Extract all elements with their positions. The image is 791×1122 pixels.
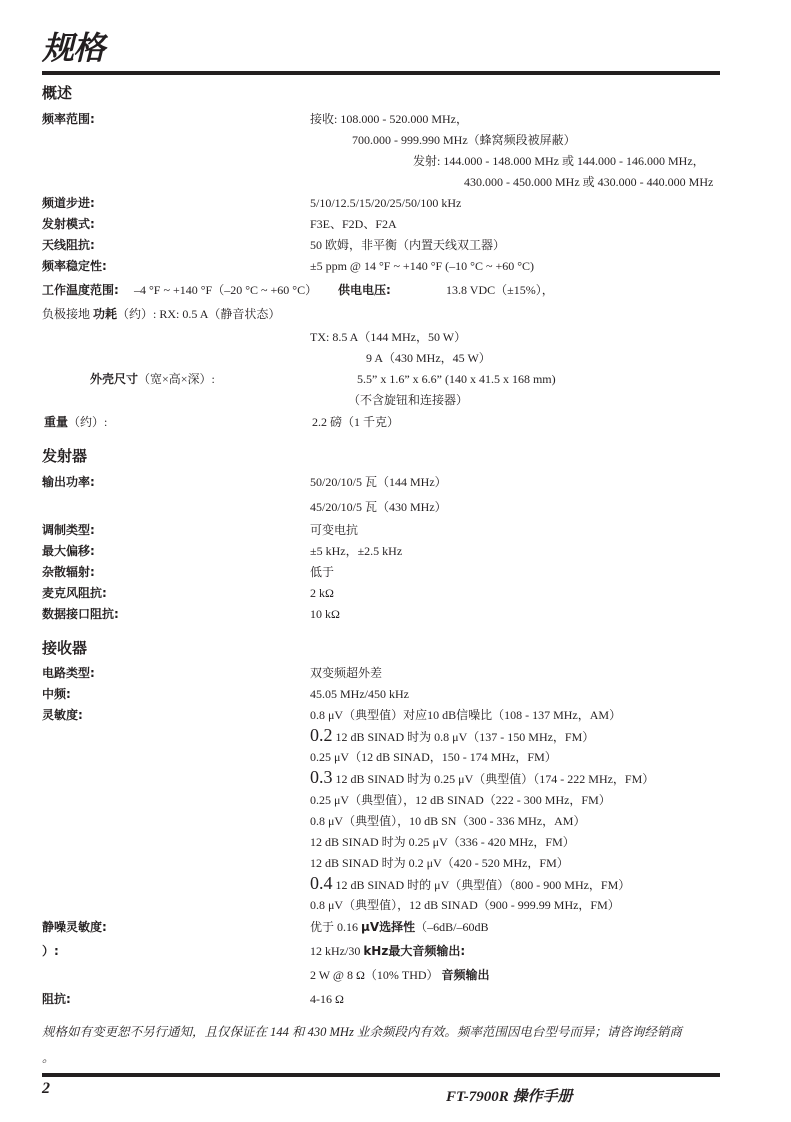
- sensitivity-line: 0.25 μV（12 dB SINAD，150 - 174 MHz，FM）: [310, 749, 557, 765]
- squelch-value: 优于 0.16 μV选择性（–6dB/–60dB: [310, 919, 488, 935]
- audio-output-value: 2 W @ 8 Ω（10% THD） 音频输出: [310, 967, 490, 983]
- sensitivity-line: 0.3 12 dB SINAD 时为 0.25 μV（典型值）（174 - 22…: [310, 769, 654, 787]
- freq-range-label: 频率范围:: [42, 111, 95, 127]
- circuit-type-value: 双变频超外差: [310, 665, 382, 681]
- current-rx-value: （约）: RX: 0.5 A（静音状态）: [117, 307, 280, 321]
- modulation-label: 调制类型:: [42, 522, 95, 538]
- selectivity-label: ）:: [42, 943, 59, 959]
- output-power-430: 45/20/10/5 瓦（430 MHz）: [310, 499, 447, 515]
- section-general-heading: 概述: [42, 83, 72, 103]
- if-value: 45.05 MHz/450 kHz: [310, 686, 409, 702]
- impedance-label: 阻抗:: [42, 991, 71, 1007]
- weight-label-suffix: （约）:: [68, 415, 107, 429]
- emission-label: 发射模式:: [42, 216, 95, 232]
- sensitivity-line: 0.25 μV（典型值），12 dB SINAD（222 - 300 MHz，F…: [310, 792, 611, 808]
- case-size-label-row: 外壳尺寸（宽×高×深）:: [90, 371, 215, 387]
- ground-text: 负极接地: [42, 307, 90, 321]
- case-size-label: 外壳尺寸: [90, 372, 138, 386]
- sensitivity-label: 灵敏度:: [42, 707, 83, 723]
- footnote-line-1: 规格如有变更恕不另行通知，且仅保证在 144 和 430 MHz 业余频段内有效…: [42, 1024, 682, 1040]
- data-impedance-value: 10 kΩ: [310, 606, 340, 622]
- sensitivity-line: 12 dB SINAD 时为 0.25 μV（336 - 420 MHz，FM）: [310, 834, 575, 850]
- weight-label-row: 重量（约）:: [44, 414, 107, 430]
- stability-label: 频率稳定性:: [42, 258, 107, 274]
- section-transmitter-heading: 发射器: [42, 446, 87, 466]
- if-label: 中频:: [42, 686, 71, 702]
- current-tx-value: TX: 8.5 A（144 MHz，50 W）: [310, 329, 466, 345]
- freq-rx-value-2: 700.000 - 999.990 MHz（蜂窝频段被屏蔽）: [352, 132, 576, 148]
- data-impedance-label: 数据接口阻抗:: [42, 606, 119, 622]
- sensitivity-line: 0.8 μV（典型值）对应10 dB信噪比（108 - 137 MHz，AM）: [310, 707, 621, 723]
- spurious-value: 低于: [310, 564, 334, 580]
- deviation-label: 最大偏移:: [42, 543, 95, 559]
- modulation-value: 可变电抗: [310, 522, 358, 538]
- current-row: 负极接地 功耗（约）: RX: 0.5 A（静音状态）: [42, 306, 280, 322]
- section-receiver-heading: 接收器: [42, 638, 87, 658]
- weight-value: 2.2 磅（1 千克）: [312, 414, 399, 430]
- circuit-type-label: 电路类型:: [42, 665, 95, 681]
- step-label: 频道步进:: [42, 195, 95, 211]
- case-size-value: 5.5” x 1.6” x 6.6” (140 x 41.5 x 168 mm): [357, 371, 556, 387]
- top-rule: [42, 71, 720, 75]
- sensitivity-line: 0.8 μV（典型值），12 dB SINAD（900 - 999.99 MHz…: [310, 897, 620, 913]
- output-power-label: 输出功率:: [42, 474, 95, 490]
- footer-title: FT-7900R 操作手册: [446, 1085, 573, 1106]
- sensitivity-line: 0.4 12 dB SINAD 时的 μV（典型值）（800 - 900 MHz…: [310, 875, 630, 893]
- temp-value: –4 °F ~ +140 °F（–20 °C ~ +60 °C）: [134, 282, 317, 298]
- deviation-value: ±5 kHz，±2.5 kHz: [310, 543, 402, 559]
- freq-tx-value-2: 430.000 - 450.000 MHz 或 430.000 - 440.00…: [464, 174, 713, 190]
- current-tx-value-2: 9 A（430 MHz，45 W）: [366, 350, 491, 366]
- mic-impedance-value: 2 kΩ: [310, 585, 334, 601]
- step-value: 5/10/12.5/15/20/25/50/100 kHz: [310, 195, 461, 211]
- spurious-label: 杂散辐射:: [42, 564, 95, 580]
- output-power-144: 50/20/10/5 瓦（144 MHz）: [310, 474, 447, 490]
- weight-label: 重量: [44, 415, 68, 429]
- stability-value: ±5 ppm @ 14 °F ~ +140 °F (–10 °C ~ +60 °…: [310, 258, 534, 274]
- sensitivity-line: 0.2 12 dB SINAD 时为 0.8 μV（137 - 150 MHz，…: [310, 727, 594, 745]
- emission-value: F3E、F2D、F2A: [310, 216, 397, 232]
- freq-rx-value: 接收: 108.000 - 520.000 MHz，: [310, 111, 468, 127]
- supply-label: 供电电压:: [338, 282, 391, 298]
- mic-impedance-label: 麦克风阻抗:: [42, 585, 107, 601]
- page-number: 2: [42, 1080, 50, 1098]
- sensitivity-line: 0.8 μV（典型值），10 dB SN（300 - 336 MHz，AM）: [310, 813, 585, 829]
- antenna-label: 天线阻抗:: [42, 237, 95, 253]
- page-title: 规格: [42, 28, 104, 68]
- sensitivity-line: 12 dB SINAD 时为 0.2 μV（420 - 520 MHz，FM）: [310, 855, 569, 871]
- footnote-line-2: 。: [42, 1050, 55, 1066]
- selectivity-value: 12 kHz/30 kHz最大音频输出:: [310, 943, 465, 959]
- case-size-label-suffix: （宽×高×深）:: [138, 372, 215, 386]
- squelch-label: 静噪灵敏度:: [42, 919, 107, 935]
- supply-value: 13.8 VDC（±15%），: [446, 282, 554, 298]
- bottom-rule: [42, 1073, 720, 1077]
- case-size-note: （不含旋钮和连接器）: [348, 392, 468, 408]
- temp-label: 工作温度范围:: [42, 282, 119, 298]
- impedance-value: 4-16 Ω: [310, 991, 344, 1007]
- current-label: 功耗: [93, 307, 117, 321]
- antenna-value: 50 欧姆，非平衡（内置天线双工器）: [310, 237, 505, 253]
- freq-tx-value: 发射: 144.000 - 148.000 MHz 或 144.000 - 14…: [413, 153, 705, 169]
